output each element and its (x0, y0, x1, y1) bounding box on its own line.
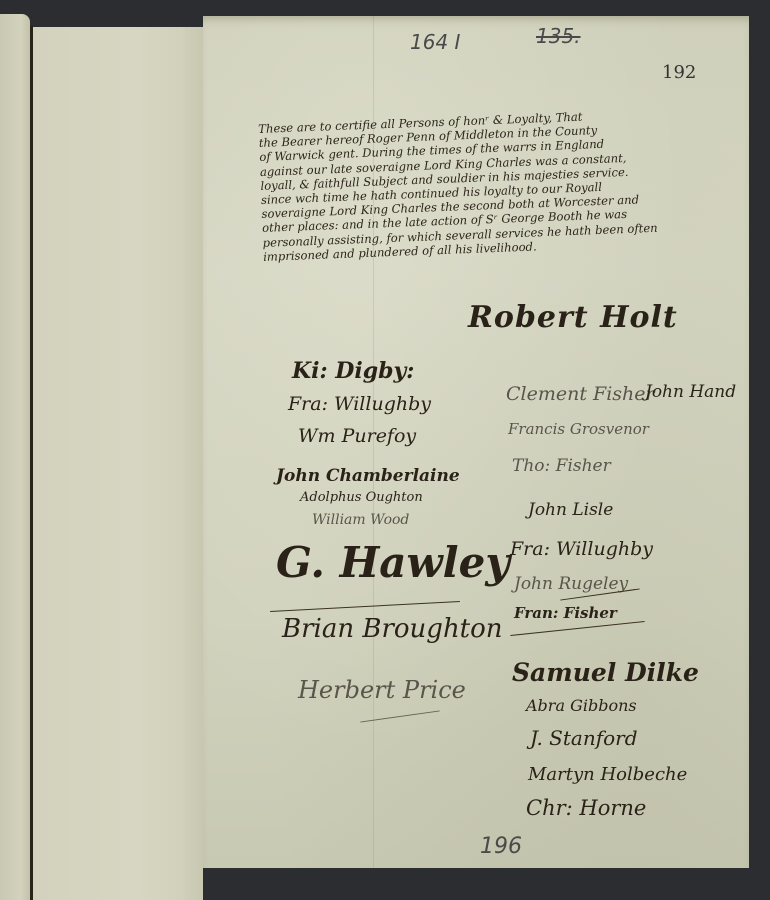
signature: Brian Broughton (282, 614, 503, 644)
signature: John Lisle (528, 500, 613, 520)
signature: G. Hawley (276, 538, 510, 587)
signature: Fra: Willughby (510, 538, 653, 560)
bottom-folio-number: 196 (480, 834, 522, 859)
signature: William Wood (312, 512, 409, 528)
principal-signature: Robert Holt (468, 300, 678, 335)
signature: John Hand (645, 382, 736, 402)
signature: Wm Purefoy (298, 425, 416, 447)
signature: Ki: Digby: (292, 358, 414, 384)
signature: Herbert Price (298, 676, 466, 704)
signature: Tho: Fisher (512, 456, 611, 476)
signature: Clement Fisher (506, 383, 655, 405)
signature: Martyn Holbeche (528, 764, 687, 785)
guard-leaf (33, 27, 203, 900)
signature: J. Stanford (530, 726, 638, 750)
signature: Fran: Fisher (514, 604, 617, 622)
certificate-text: These are to certifie all Persons of hon… (258, 103, 753, 264)
pencil-reference: 164 I (410, 30, 460, 54)
signature: Chr: Horne (526, 796, 646, 820)
guard-leaf-edge (183, 27, 203, 900)
pencil-struck-number: 135. (536, 24, 581, 48)
previous-leaf-edge (0, 14, 30, 900)
stamped-folio-number: 192 (662, 62, 696, 83)
signature: Abra Gibbons (526, 696, 637, 715)
signature: Francis Grosvenor (508, 420, 649, 438)
signature: John Chamberlaine (276, 466, 460, 486)
signature: Fra: Willughby (288, 393, 431, 415)
signature: Adolphus Oughton (300, 490, 423, 505)
signature: John Rugeley (514, 574, 628, 594)
signature: Samuel Dilke (512, 658, 699, 687)
